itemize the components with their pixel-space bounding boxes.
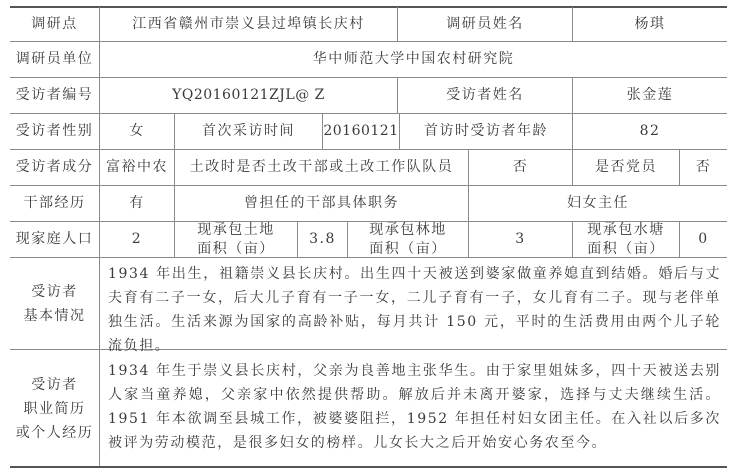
label-interviewee-gender: 受访者性别 bbox=[10, 114, 100, 150]
interviewee-name-value: 张金莲 bbox=[573, 78, 727, 114]
label-basic-info-line1: 受访者 bbox=[31, 280, 78, 304]
interviewee-id-value: YQ20160121ZJL@ Z bbox=[100, 78, 398, 114]
label-land-area: 现承包土地 面积（亩） bbox=[175, 222, 298, 258]
label-research-site: 调研点 bbox=[10, 7, 100, 42]
label-career-history-line3: 或个人经历 bbox=[16, 421, 94, 445]
label-pond-area-line1: 现承包水塘 bbox=[587, 221, 665, 240]
age-value: 82 bbox=[573, 114, 727, 150]
label-class-status: 受访者成分 bbox=[10, 150, 100, 186]
label-age-at-first-interview: 首访时受访者年龄 bbox=[400, 114, 573, 150]
label-pond-area-line2: 面积（亩） bbox=[587, 240, 665, 259]
land-reform-cadre-value: 否 bbox=[469, 150, 573, 186]
label-researcher-name: 调研员姓名 bbox=[398, 7, 573, 42]
label-career-history-line1: 受访者 bbox=[31, 373, 78, 397]
label-interviewee-name: 受访者姓名 bbox=[398, 78, 573, 114]
label-land-area-line1: 现承包土地 bbox=[197, 221, 275, 240]
label-researcher-unit: 调研员单位 bbox=[10, 42, 100, 78]
label-basic-info: 受访者 基本情况 bbox=[10, 258, 100, 350]
researcher-name-value: 杨琪 bbox=[573, 7, 727, 42]
interviewee-gender-value: 女 bbox=[100, 114, 175, 150]
party-member-value: 否 bbox=[680, 150, 727, 186]
label-cadre-experience: 干部经历 bbox=[10, 186, 100, 222]
research-site-value: 江西省赣州市崇义县过埠镇长庆村 bbox=[100, 7, 398, 42]
label-pond-area: 现承包水塘 面积（亩） bbox=[573, 222, 680, 258]
label-land-reform-cadre: 土改时是否土改干部或土改工作队队员 bbox=[175, 150, 469, 186]
label-interviewee-id: 受访者编号 bbox=[10, 78, 100, 114]
interview-info-table: 调研点 江西省赣州市崇义县过埠镇长庆村 调研员姓名 杨琪 调研员单位 华中师范大… bbox=[10, 7, 727, 468]
label-career-history-line2: 职业简历 bbox=[24, 397, 86, 421]
basic-info-text: 1934 年出生，祖籍崇义县长庆村。出生四十天被送到婆家做童养媳直到结婚。婚后与… bbox=[100, 258, 727, 350]
cadre-experience-value: 有 bbox=[100, 186, 175, 222]
researcher-unit-value: 华中师范大学中国农村研究院 bbox=[100, 42, 727, 78]
label-forest-area-line1: 现承包林地 bbox=[369, 221, 447, 240]
table-bottom-rule bbox=[10, 466, 727, 468]
label-party-member: 是否党员 bbox=[573, 150, 680, 186]
career-history-text: 1934 年生于崇义县长庆村，父亲为良善地主张华生。由于家里姐妹多，四十天被送去… bbox=[100, 350, 727, 468]
class-status-value: 富裕中农 bbox=[100, 150, 175, 186]
label-forest-area: 现承包林地 面积（亩） bbox=[348, 222, 469, 258]
household-size-value: 2 bbox=[100, 222, 175, 258]
label-first-interview-date: 首次采访时间 bbox=[175, 114, 323, 150]
cadre-post-value: 妇女主任 bbox=[469, 186, 727, 222]
label-land-area-line2: 面积（亩） bbox=[197, 240, 275, 259]
label-basic-info-line2: 基本情况 bbox=[24, 304, 86, 328]
label-household-size: 现家庭人口 bbox=[10, 222, 100, 258]
label-cadre-post: 曾担任的干部具体职务 bbox=[175, 186, 469, 222]
label-career-history: 受访者 职业简历 或个人经历 bbox=[10, 350, 100, 468]
land-area-value: 3.8 bbox=[298, 222, 348, 258]
label-forest-area-line2: 面积（亩） bbox=[369, 240, 447, 259]
pond-area-value: 0 bbox=[680, 222, 727, 258]
forest-area-value: 3 bbox=[469, 222, 573, 258]
first-interview-date-value: 20160121 bbox=[323, 114, 400, 150]
